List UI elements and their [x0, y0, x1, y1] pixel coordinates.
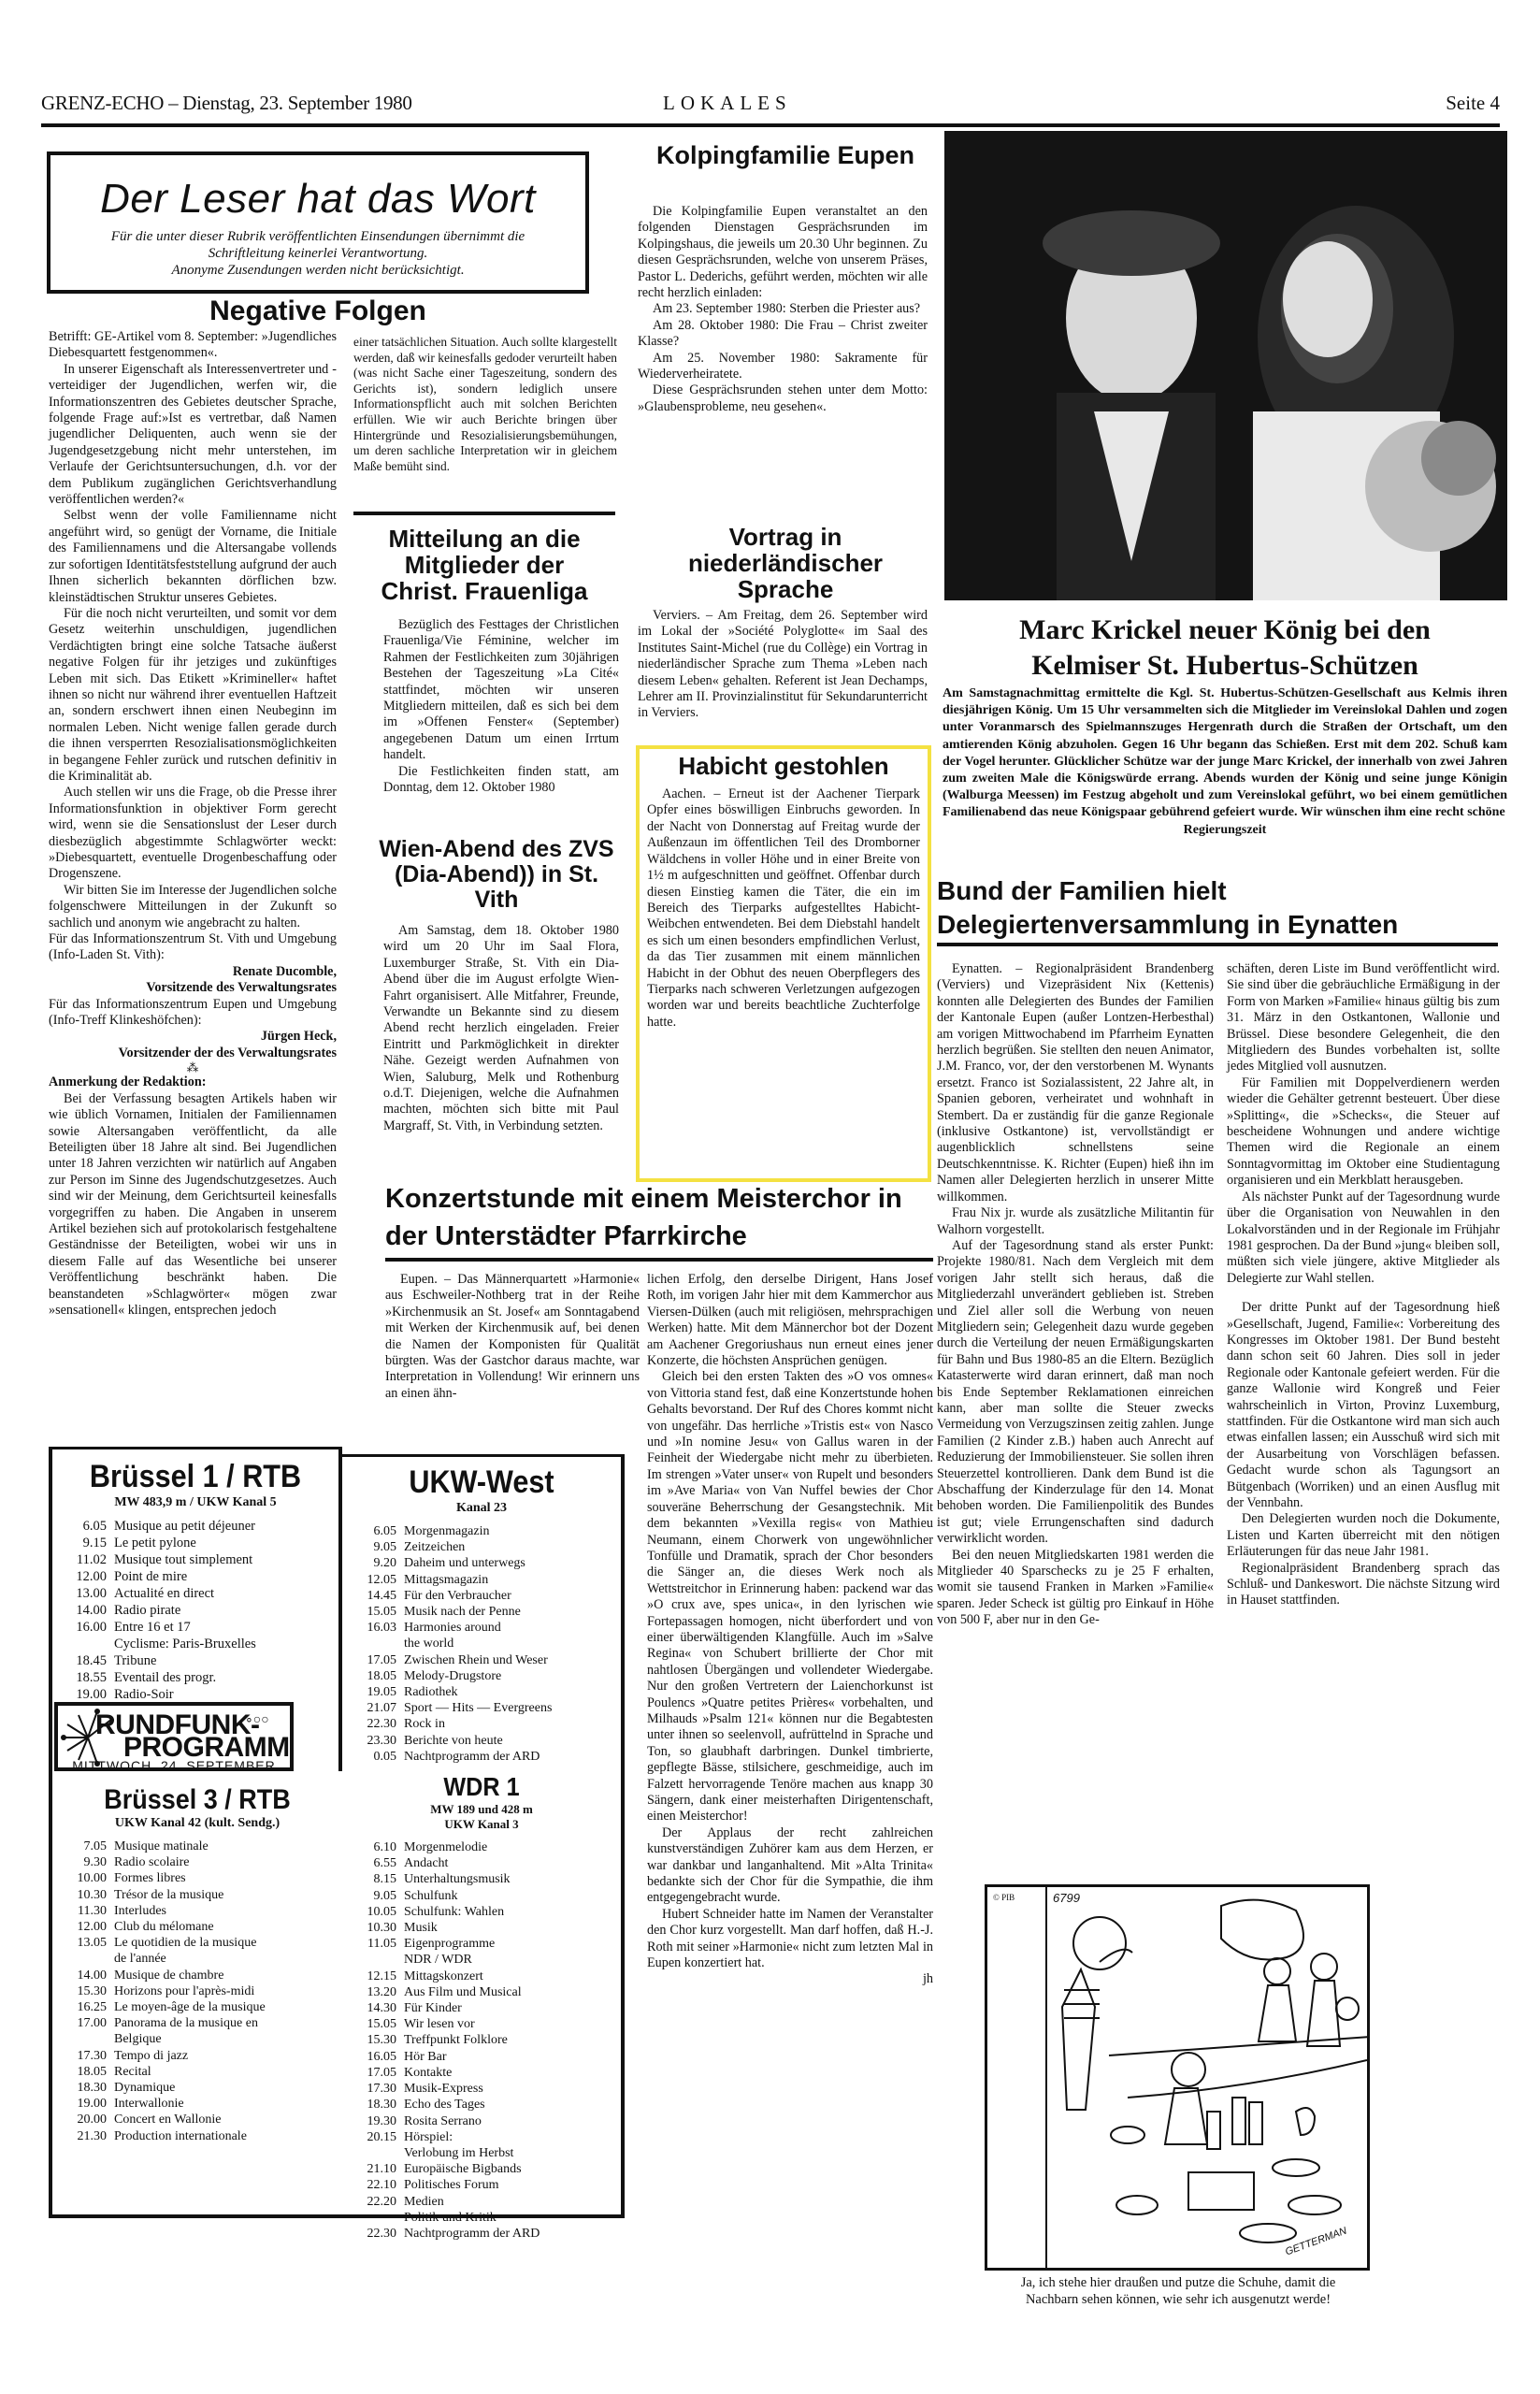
programme-item: 12.05Mittagsmagazin — [342, 1572, 621, 1588]
programme-title: Nachtprogramm der ARD — [404, 2226, 621, 2242]
radio-box-right: UKW-West Kanal 23 6.05Morgenmagazin9.05Z… — [342, 1454, 625, 2218]
programme-item: 9.30Radio scolaire — [52, 1854, 342, 1870]
paragraph: Selbst wenn der volle Familienname nicht… — [49, 508, 337, 605]
programme-time: 20.00 — [52, 2112, 114, 2127]
programme-time: 13.05 — [52, 1935, 114, 1951]
station-frequency-wdr1: MW 189 und 428 m — [342, 1802, 621, 1817]
programme-time: 14.45 — [342, 1588, 404, 1604]
paragraph: Wir bitten Sie im Interesse der Jugendli… — [49, 883, 337, 931]
programme-item: 12.15Mittagskonzert — [342, 1969, 621, 1984]
programme-item: 14.30Für Kinder — [342, 2000, 621, 2016]
paragraph-last-line: Regierungszeit — [943, 822, 1507, 839]
programme-title: Production internationale — [114, 2128, 342, 2144]
programme-time: 11.02 — [52, 1551, 114, 1568]
programme-title: Berichte von heute — [404, 1733, 621, 1749]
programme-title: Treffpunkt Folklore — [404, 2032, 621, 2048]
programme-title: Concert en Wallonie — [114, 2112, 342, 2127]
programme-title: Radio-Soir — [114, 1686, 338, 1703]
programme-item: the world — [342, 1636, 621, 1651]
programme-title: Tempo di jazz — [114, 2048, 342, 2064]
programme-time: 9.30 — [52, 1854, 114, 1870]
programme-time: 9.20 — [342, 1555, 404, 1571]
programme-time: 14.00 — [52, 1602, 114, 1619]
programme-title: Belgique — [114, 2031, 342, 2047]
programme-time: 12.00 — [52, 1568, 114, 1585]
programme-item: 20.15Hörspiel: — [342, 2129, 621, 2145]
programme-item: NDR / WDR — [342, 1952, 621, 1968]
programme-time: 19.05 — [342, 1684, 404, 1700]
paragraph: Bei den neuen Mitgliedskarten 1981 werde… — [937, 1548, 1214, 1629]
station-title-wdr1: WDR 1 — [356, 1772, 607, 1802]
programme-title: Musique tout simplement — [114, 1551, 338, 1568]
programme-item: de l'année — [52, 1951, 342, 1967]
section-rule — [385, 1258, 933, 1262]
programme-title: Harmonies around — [404, 1620, 621, 1636]
programme-title: Entre 16 et 17 — [114, 1619, 338, 1636]
paragraph: Für die noch nicht verurteilten, und som… — [49, 606, 337, 785]
radio-box-bruessel3: Brüssel 3 / RTB UKW Kanal 42 (kult. Send… — [49, 1771, 342, 2218]
programme-item: 23.30Berichte von heute — [342, 1733, 621, 1749]
programme-title: the world — [404, 1636, 621, 1651]
photo-schuetzenkoenig — [944, 131, 1507, 600]
paragraph: Frau Nix jr. wurde als zusätzliche Milit… — [937, 1205, 1214, 1238]
konzert-body-col2: lichen Erfolg, den derselbe Dirigent, Ha… — [647, 1272, 933, 1988]
bund-body-col1: Eynatten. – Regionalpräsident Brandenber… — [937, 961, 1214, 1629]
programme-item: 10.05Schulfunk: Wahlen — [342, 1904, 621, 1920]
programme-title: Interludes — [114, 1903, 342, 1919]
programme-time: 18.30 — [52, 2080, 114, 2096]
paragraph: Die Festlichkeiten finden statt, am Donn… — [383, 764, 619, 797]
headline-konzertstunde: Konzertstunde mit einem Meisterchor in d… — [385, 1180, 937, 1255]
letters-disclaimer: Für die unter dieser Rubrik veröffentlic… — [50, 228, 585, 262]
programme-title: Musik nach der Penne — [404, 1604, 621, 1620]
signature-org-2: Für das Informationszentrum Eupen und Um… — [49, 997, 337, 1030]
programme-title: Radio scolaire — [114, 1854, 342, 1870]
programme-item: 16.00Entre 16 et 17 — [52, 1619, 338, 1636]
programme-title: Aus Film und Musical — [404, 1984, 621, 2000]
section-rule — [937, 943, 1498, 946]
paragraph: Der Applaus der recht zahlreichen kunstv… — [647, 1825, 933, 1907]
programme-title: Formes libres — [114, 1870, 342, 1886]
headline-negative-folgen: Negative Folgen — [47, 296, 589, 326]
programme-item: 14.00Musique de chambre — [52, 1968, 342, 1983]
paragraph: Am Samstag, dem 18. Oktober 1980 wird um… — [383, 923, 619, 1134]
programme-time: 12.05 — [342, 1572, 404, 1588]
paragraph: Der dritte Punkt auf der Tagesordnung hi… — [1227, 1300, 1500, 1511]
programme-time: 21.10 — [342, 2161, 404, 2177]
photo-king-and-queen-icon — [944, 131, 1507, 600]
paragraph: Betrifft: GE-Artikel vom 8. September: »… — [49, 329, 337, 362]
programme-title: Trésor de la musique — [114, 1887, 342, 1903]
programme-title: Radiothek — [404, 1684, 621, 1700]
programme-time: 18.55 — [52, 1669, 114, 1686]
programme-time: 0.05 — [342, 1749, 404, 1765]
programme-item: 6.10Morgenmelodie — [342, 1839, 621, 1855]
programme-title: Sport — Hits — Evergreens — [404, 1700, 621, 1716]
konzert-body-col1: Eupen. – Das Männerquartett »Harmonie« a… — [385, 1272, 640, 1402]
wien-abend-body: Am Samstag, dem 18. Oktober 1980 wird um… — [383, 923, 619, 1134]
paragraph: Am Samstagnachmittag ermittelte die Kgl.… — [943, 685, 1507, 822]
programme-title: Actualité en direct — [114, 1585, 338, 1602]
programme-item: 17.00Panorama de la musique en — [52, 2015, 342, 2031]
programme-item: 19.00Interwallonie — [52, 2096, 342, 2112]
programme-item: 12.00Point de mire — [52, 1568, 338, 1585]
station-title-bruessel3: Brüssel 3 / RTB — [67, 1784, 328, 1816]
kolping-date-3: Am 25. November 1980: Sakramente für Wie… — [638, 351, 928, 383]
programme-time: 18.30 — [342, 2097, 404, 2113]
programme-title: Le quotidien de la musique — [114, 1935, 342, 1951]
programme-title: de l'année — [114, 1951, 342, 1967]
programme-title: Echo des Tages — [404, 2097, 621, 2113]
masthead-rule — [41, 123, 1500, 127]
programme-time: 23.30 — [342, 1733, 404, 1749]
signature-name-2: Jürgen Heck, — [49, 1029, 337, 1045]
programme-title: Le petit pylone — [114, 1535, 338, 1551]
programme-item: 18.30Dynamique — [52, 2080, 342, 2096]
programme-title: Unterhaltungsmusik — [404, 1871, 621, 1887]
programme-time: 22.30 — [342, 2226, 404, 2242]
headline-habicht-gestohlen: Habicht gestohlen — [671, 753, 896, 779]
programme-time: 17.05 — [342, 1652, 404, 1668]
programme-time: 22.10 — [342, 2177, 404, 2193]
headline-bund-der-familien: Bund der Familien hielt Delegiertenversa… — [937, 874, 1498, 942]
programme-item: 18.55Eventail des progr. — [52, 1669, 338, 1686]
programme-title: Mittagskonzert — [404, 1969, 621, 1984]
programme-time: 18.45 — [52, 1652, 114, 1669]
programme-time: 11.30 — [52, 1903, 114, 1919]
masthead-page-number: Seite 4 — [1446, 92, 1500, 115]
programme-title: Tribune — [114, 1652, 338, 1669]
programme-time — [52, 1636, 114, 1652]
bund-body-col2: schäften, deren Liste im Bund veröffentl… — [1227, 961, 1500, 1609]
programme-title: Mittagsmagazin — [404, 1572, 621, 1588]
kolping-date-2: Am 28. Oktober 1980: Die Frau – Christ z… — [638, 318, 928, 351]
programme-item: 15.30Horizons pour l'après-midi — [52, 1983, 342, 1999]
letters-title: Der Leser hat das Wort — [50, 176, 585, 223]
programme-item: 10.30Musik — [342, 1920, 621, 1936]
programme-time: 12.15 — [342, 1969, 404, 1984]
headline-marc-krickel: Marc Krickel neuer König bei den Kelmise… — [972, 613, 1477, 684]
programme-title: Rosita Serrano — [404, 2113, 621, 2129]
programme-time: 20.15 — [342, 2129, 404, 2145]
programme-time: 16.00 — [52, 1619, 114, 1636]
editor-note-body: Bei der Verfassung besagten Artikels hab… — [49, 1091, 337, 1320]
programme-item: 18.30Echo des Tages — [342, 2097, 621, 2113]
programme-item: 8.15Unterhaltungsmusik — [342, 1871, 621, 1887]
programme-item: 18.45Tribune — [52, 1652, 338, 1669]
paragraph: einer tatsächlichen Situation. Auch soll… — [353, 335, 617, 474]
paragraph: Als nächster Punkt auf der Tagesordnung … — [1227, 1190, 1500, 1287]
programme-title: Schulfunk: Wahlen — [404, 1904, 621, 1920]
programme-item: 10.00Formes libres — [52, 1870, 342, 1886]
programme-time: 9.05 — [342, 1539, 404, 1555]
masthead: GRENZ-ECHO – Dienstag, 23. September 198… — [41, 92, 1500, 123]
paragraph: Diese Gesprächsrunden stehen unter dem M… — [638, 382, 928, 415]
programme-time: 16.03 — [342, 1620, 404, 1636]
programme-time: 15.05 — [342, 2016, 404, 2032]
programme-item: 17.30Tempo di jazz — [52, 2048, 342, 2064]
programme-time: 21.07 — [342, 1700, 404, 1716]
programme-time: 16.25 — [52, 1999, 114, 2015]
editor-note-label: Anmerkung der Redaktion: — [49, 1074, 337, 1090]
programme-item: 7.05Musique matinale — [52, 1839, 342, 1854]
programme-time: 17.30 — [342, 2081, 404, 2097]
programme-time: 13.00 — [52, 1585, 114, 1602]
programme-item: 13.20Aus Film und Musical — [342, 1984, 621, 2000]
programme-time: 12.00 — [52, 1919, 114, 1935]
signature-name-1: Renate Ducomble, — [49, 964, 337, 980]
programme-title: Kontakte — [404, 2065, 621, 2081]
station-frequency-bruessel3: UKW Kanal 42 (kult. Sendg.) — [52, 1816, 342, 1831]
programme-time: 6.05 — [342, 1523, 404, 1539]
programme-title: Medien — [404, 2194, 621, 2210]
rundfunk-programm-banner: RUNDFUNK- ∘○○ PROGRAMM MITTWOCH, 24. SEP… — [54, 1702, 294, 1771]
paragraph: Bezüglich des Festtages der Christlichen… — [383, 617, 619, 764]
letter-negative-folgen-continued: einer tatsächlichen Situation. Auch soll… — [353, 335, 617, 474]
programme-item: 11.02Musique tout simplement — [52, 1551, 338, 1568]
programme-time: 22.20 — [342, 2194, 404, 2210]
programme-item: 13.00Actualité en direct — [52, 1585, 338, 1602]
letters-anonymous-note: Anonyme Zusendungen werden nicht berücks… — [50, 262, 585, 279]
paragraph: lichen Erfolg, den derselbe Dirigent, Ha… — [647, 1272, 933, 1369]
programme-title: Europäische Bigbands — [404, 2161, 621, 2177]
programme-time: 15.30 — [52, 1983, 114, 1999]
programme-title: Eventail des progr. — [114, 1669, 338, 1686]
programme-item: 17.05Kontakte — [342, 2065, 621, 2081]
programme-item: 19.05Radiothek — [342, 1684, 621, 1700]
programme-title: Dynamique — [114, 2080, 342, 2096]
programme-title: Rock in — [404, 1716, 621, 1732]
programme-time — [342, 2145, 404, 2161]
frauenliga-body: Bezüglich des Festtages der Christlichen… — [383, 617, 619, 796]
programme-item: 12.00Club du mélomane — [52, 1919, 342, 1935]
decorative-circles: ∘○○ — [245, 1711, 269, 1727]
station-channel-ukw-west: Kanal 23 — [342, 1501, 621, 1516]
programme-item: 6.05Musique au petit déjeuner — [52, 1518, 338, 1535]
headline-wien-abend: Wien-Abend des ZVS (Dia-Abend)) in St. V… — [374, 837, 619, 913]
programme-item: 15.05Musik nach der Penne — [342, 1604, 621, 1620]
programme-title: Zeitzeichen — [404, 1539, 621, 1555]
programme-item: 22.30Rock in — [342, 1716, 621, 1732]
programme-title: Daheim und unterwegs — [404, 1555, 621, 1571]
cartoon-panel: © PIB 6799 GETTERMAN — [985, 1884, 1370, 2271]
kolping-date-1: Am 23. September 1980: Sterben die Pries… — [638, 301, 928, 317]
programme-item: 19.30Rosita Serrano — [342, 2113, 621, 2129]
programme-time: 9.15 — [52, 1535, 114, 1551]
programme-title: Schulfunk — [404, 1888, 621, 1904]
programme-item: 13.05Le quotidien de la musique — [52, 1935, 342, 1951]
programme-time: 6.55 — [342, 1855, 404, 1871]
programme-item: 9.05Schulfunk — [342, 1888, 621, 1904]
programme-time: 8.15 — [342, 1871, 404, 1887]
programme-title: Melody-Drugstore — [404, 1668, 621, 1684]
signature-org-1: Für das Informationszentrum St. Vith und… — [49, 931, 337, 964]
programme-time: 21.30 — [52, 2128, 114, 2144]
habicht-body: Aachen. – Erneut ist der Aachener Tierpa… — [640, 779, 928, 1031]
paragraph: schäften, deren Liste im Bund veröffentl… — [1227, 961, 1500, 1075]
paragraph: Auf der Tagesordnung stand als erster Pu… — [937, 1238, 1214, 1548]
paragraph: Hubert Schneider hatte im Namen der Vera… — [647, 1907, 933, 1972]
paragraph: Regionalpräsident Brandenberg sprach das… — [1227, 1561, 1500, 1609]
letter-negative-folgen-body: Betrifft: GE-Artikel vom 8. September: »… — [49, 329, 337, 1319]
paragraph: Die Kolpingfamilie Eupen veranstaltet an… — [638, 204, 928, 301]
programme-title: Politik und Kritik — [404, 2210, 621, 2226]
programme-title: Interwallonie — [114, 2096, 342, 2112]
station-channel-wdr1: UKW Kanal 3 — [342, 1817, 621, 1832]
programme-item: 9.20Daheim und unterwegs — [342, 1555, 621, 1571]
programme-title: NDR / WDR — [404, 1952, 621, 1968]
programme-title: Musik — [404, 1920, 621, 1936]
paragraph: Aachen. – Erneut ist der Aachener Tierpa… — [647, 786, 920, 1031]
cartoon-drawing-icon — [987, 1887, 1367, 2268]
programme-title: Hörspiel: — [404, 2129, 621, 2145]
programme-title: Andacht — [404, 1855, 621, 1871]
programme-item: Cyclisme: Paris-Bruxelles — [52, 1636, 338, 1652]
programme-item: 9.15Le petit pylone — [52, 1535, 338, 1551]
paragraph: Eynatten. – Regionalpräsident Brandenber… — [937, 961, 1214, 1205]
programme-title: Verlobung im Herbst — [404, 2145, 621, 2161]
krickel-body: Am Samstagnachmittag ermittelte die Kgl.… — [943, 685, 1507, 839]
station-frequency-bruessel1: MW 483,9 m / UKW Kanal 5 — [52, 1495, 338, 1510]
programme-title: Le moyen-âge de la musique — [114, 1999, 342, 2015]
separator-asterism: ⁂ — [49, 1061, 337, 1074]
programme-list-ukw-west: 6.05Morgenmagazin9.05Zeitzeichen9.20Dahe… — [342, 1523, 621, 1765]
programme-item: 17.05Zwischen Rhein und Weser — [342, 1652, 621, 1668]
paragraph: Auch stellen wir uns die Frage, ob die P… — [49, 785, 337, 882]
programme-title: Nachtprogramm der ARD — [404, 1749, 621, 1765]
programme-time: 10.00 — [52, 1870, 114, 1886]
programme-time: 17.05 — [342, 2065, 404, 2081]
programme-time: 19.00 — [52, 2096, 114, 2112]
programme-title: Musik-Express — [404, 2081, 621, 2097]
station-title-bruessel1: Brüssel 1 / RTB — [66, 1459, 324, 1495]
programme-time: 6.05 — [52, 1518, 114, 1535]
programme-item: 6.55Andacht — [342, 1855, 621, 1871]
programme-time — [52, 2031, 114, 2047]
signature-role-2: Vorsitzender der des Verwaltungsrates — [49, 1046, 337, 1061]
section-rule — [353, 512, 615, 515]
programme-title: Musique au petit déjeuner — [114, 1518, 338, 1535]
programme-item: Politik und Kritik — [342, 2210, 621, 2226]
kolping-body: Die Kolpingfamilie Eupen veranstaltet an… — [638, 204, 928, 415]
programme-title: Für Kinder — [404, 2000, 621, 2016]
programme-title: Radio pirate — [114, 1602, 338, 1619]
programme-item: 19.00Radio-Soir — [52, 1686, 338, 1703]
programme-item: 16.03Harmonies around — [342, 1620, 621, 1636]
programme-title: Recital — [114, 2064, 342, 2080]
programme-item: 21.30Production internationale — [52, 2128, 342, 2144]
paragraph: Verviers. – Am Freitag, dem 26. Septembe… — [638, 608, 928, 722]
programme-title: Zwischen Rhein und Weser — [404, 1652, 621, 1668]
programme-time — [52, 1951, 114, 1967]
programme-item: 22.10Politisches Forum — [342, 2177, 621, 2193]
programme-time: 11.05 — [342, 1936, 404, 1952]
programme-time: 7.05 — [52, 1839, 114, 1854]
programme-item: 22.30Nachtprogramm der ARD — [342, 2226, 621, 2242]
programme-item: 15.30Treffpunkt Folklore — [342, 2032, 621, 2048]
programme-item: 14.00Radio pirate — [52, 1602, 338, 1619]
programme-item: 17.30Musik-Express — [342, 2081, 621, 2097]
programme-title: Cyclisme: Paris-Bruxelles — [114, 1636, 338, 1652]
programme-time — [342, 1636, 404, 1651]
programme-time: 10.05 — [342, 1904, 404, 1920]
headline-frauenliga: Mitteilung an die Mitglieder der Christ.… — [363, 526, 606, 604]
cartoon-caption: Ja, ich stehe hier draußen und putze die… — [1000, 2274, 1356, 2308]
author-initials: jh — [647, 1971, 933, 1987]
programme-item: 22.20Medien — [342, 2194, 621, 2210]
programme-title: Musique matinale — [114, 1839, 342, 1854]
programme-item: 21.07Sport — Hits — Evergreens — [342, 1700, 621, 1716]
programme-time: 19.30 — [342, 2113, 404, 2129]
programme-time: 17.30 — [52, 2048, 114, 2064]
paragraph: Den Delegierten wurden noch die Dokument… — [1227, 1511, 1500, 1560]
signature-role-1: Vorsitzende des Verwaltungsrates — [49, 980, 337, 996]
programme-time: 18.05 — [52, 2064, 114, 2080]
programme-title: Wir lesen vor — [404, 2016, 621, 2032]
station-title-ukw-west: UKW-West — [356, 1464, 607, 1501]
programme-title: Panorama de la musique en — [114, 2015, 342, 2031]
programme-time: 19.00 — [52, 1686, 114, 1703]
programme-title: Eigenprogramme — [404, 1936, 621, 1952]
programme-item: 14.45Für den Verbraucher — [342, 1588, 621, 1604]
letters-header-box: Der Leser hat das Wort Für die unter die… — [47, 151, 589, 294]
programme-item: 21.10Europäische Bigbands — [342, 2161, 621, 2177]
programme-list-wdr1: 6.10Morgenmelodie6.55Andacht8.15Unterhal… — [342, 1839, 621, 2242]
masthead-paper-date: GRENZ-ECHO – Dienstag, 23. September 198… — [41, 92, 412, 115]
programme-item: 11.05Eigenprogramme — [342, 1936, 621, 1952]
programme-item: Verlobung im Herbst — [342, 2145, 621, 2161]
programme-item: 0.05Nachtprogramm der ARD — [342, 1749, 621, 1765]
programme-item: 10.30Trésor de la musique — [52, 1887, 342, 1903]
programme-item: 6.05Morgenmagazin — [342, 1523, 621, 1539]
vortrag-body: Verviers. – Am Freitag, dem 26. Septembe… — [638, 608, 928, 722]
paragraph: Für Familien mit Doppelverdienern werden… — [1227, 1075, 1500, 1190]
programme-time: 17.00 — [52, 2015, 114, 2031]
programme-time — [342, 1952, 404, 1968]
programme-time: 14.30 — [342, 2000, 404, 2016]
programme-item: Belgique — [52, 2031, 342, 2047]
programme-time: 10.30 — [52, 1887, 114, 1903]
programme-time — [342, 2210, 404, 2226]
programme-item: 9.05Zeitzeichen — [342, 1539, 621, 1555]
programme-title: Politisches Forum — [404, 2177, 621, 2193]
programme-title: Morgenmelodie — [404, 1839, 621, 1855]
headline-vortrag: Vortrag in niederländischer Sprache — [655, 524, 916, 602]
programme-title: Point de mire — [114, 1568, 338, 1585]
programme-item: 16.25Le moyen-âge de la musique — [52, 1999, 342, 2015]
programme-item: 20.00Concert en Wallonie — [52, 2112, 342, 2127]
programme-title: Für den Verbraucher — [404, 1588, 621, 1604]
programme-list-bruessel3: 7.05Musique matinale9.30Radio scolaire10… — [52, 1839, 342, 2144]
programme-title: Morgenmagazin — [404, 1523, 621, 1539]
programme-time: 15.30 — [342, 2032, 404, 2048]
paragraph: Gleich bei den ersten Takten des »O vos … — [647, 1369, 933, 1824]
programme-item: 11.30Interludes — [52, 1903, 342, 1919]
habicht-highlight-box: Habicht gestohlen Aachen. – Erneut ist d… — [636, 745, 931, 1182]
programme-item: 18.05Recital — [52, 2064, 342, 2080]
programme-title: Hör Bar — [404, 2049, 621, 2065]
programme-time: 16.05 — [342, 2049, 404, 2065]
paragraph: In unserer Eigenschaft als Interessenver… — [49, 362, 337, 509]
programme-title: Club du mélomane — [114, 1919, 342, 1935]
paragraph: Eupen. – Das Männerquartett »Harmonie« a… — [385, 1272, 640, 1402]
programme-time: 6.10 — [342, 1839, 404, 1855]
programme-item: 18.05Melody-Drugstore — [342, 1668, 621, 1684]
programme-time: 9.05 — [342, 1888, 404, 1904]
programme-title: Horizons pour l'après-midi — [114, 1983, 342, 1999]
masthead-section: LOKALES — [663, 92, 792, 115]
programme-time: 10.30 — [342, 1920, 404, 1936]
